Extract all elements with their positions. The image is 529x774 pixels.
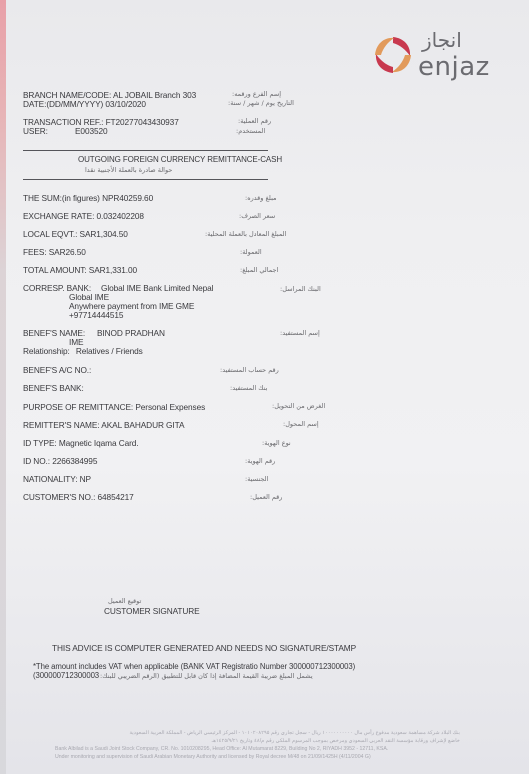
purpose-label: PURPOSE OF REMITTANCE: bbox=[23, 402, 133, 412]
total-amount-label: TOTAL AMOUNT: bbox=[23, 265, 87, 275]
footer-line-4: Under monitoring and supervision of Saud… bbox=[55, 753, 460, 761]
purpose-label-ar: الغرض من التحويل: bbox=[272, 402, 325, 410]
date-label-ar: التاريخ يوم / شهر / سنة: bbox=[228, 99, 294, 107]
purpose-value: Personal Expenses bbox=[135, 402, 205, 412]
sum-label: THE SUM:(in figures) bbox=[23, 193, 100, 203]
sum-value: NPR40259.60 bbox=[102, 193, 153, 203]
total-amount-value: SAR1,331.00 bbox=[89, 265, 137, 275]
relationship-field: Relationship: Relatives / Friends bbox=[23, 346, 143, 356]
date-label: DATE:(DD/MM/YYYY) bbox=[23, 99, 103, 109]
fees-label: FEES: bbox=[23, 247, 46, 257]
document-title: OUTGOING FOREIGN CURRENCY REMITTANCE-CAS… bbox=[78, 155, 282, 164]
title-top-rule bbox=[23, 150, 268, 151]
customer-no-label-ar: رقم العميل: bbox=[250, 493, 282, 501]
customer-no-label: CUSTOMER'S NO.: bbox=[23, 492, 95, 502]
exchange-rate-value: 0.032402208 bbox=[97, 211, 144, 221]
logo-text-arabic: انجاز bbox=[422, 28, 462, 52]
enjaz-logo-mark-icon bbox=[372, 34, 414, 76]
local-eqvt-value: SAR1,304.50 bbox=[80, 229, 128, 239]
vat-notice: *The amount includes VAT when applicable… bbox=[33, 662, 355, 671]
exchange-rate-label: EXCHANGE RATE: bbox=[23, 211, 94, 221]
paper-edge bbox=[0, 0, 6, 774]
exchange-rate-field: EXCHANGE RATE: 0.032402208 bbox=[23, 211, 144, 221]
signature-label: CUSTOMER SIGNATURE bbox=[104, 606, 200, 616]
fees-value: SAR26.50 bbox=[49, 247, 86, 257]
benef-ac-label-ar: رقم حساب المستفيد: bbox=[220, 366, 279, 374]
exchange-rate-label-ar: سعر الصرف: bbox=[239, 212, 275, 220]
id-no-label-ar: رقم الهوية: bbox=[245, 457, 275, 465]
local-eqvt-field: LOCAL EQVT.: SAR1,304.50 bbox=[23, 229, 128, 239]
transaction-ref-value: FT20277043430937 bbox=[106, 117, 179, 127]
purpose-field: PURPOSE OF REMITTANCE: Personal Expenses bbox=[23, 402, 205, 412]
nationality-label: NATIONALITY: bbox=[23, 474, 77, 484]
benef-bank-label: BENEF'S BANK: bbox=[23, 383, 84, 393]
vat-notice-ar: يشمل المبلغ ضريبة القيمة المضافة إذا كان… bbox=[100, 672, 313, 680]
id-type-field: ID TYPE: Magnetic Iqama Card. bbox=[23, 438, 138, 448]
relationship-value: Relatives / Friends bbox=[76, 346, 143, 356]
benef-name-line-1: BINOD PRADHAN bbox=[97, 328, 165, 338]
user-field: USER: bbox=[23, 126, 48, 136]
customer-no-value: 64854217 bbox=[98, 492, 134, 502]
customer-no-field: CUSTOMER'S NO.: 64854217 bbox=[23, 492, 134, 502]
remitter-label: REMITTER'S NAME: bbox=[23, 420, 100, 430]
remitter-label-ar: إسم المحول: bbox=[283, 420, 319, 428]
id-type-value: Magnetic Iqama Card. bbox=[59, 438, 139, 448]
logo-text: enjaz bbox=[418, 52, 490, 82]
fees-label-ar: العمولة: bbox=[240, 248, 262, 256]
id-no-field: ID NO.: 2266384995 bbox=[23, 456, 97, 466]
date-field: DATE:(DD/MM/YYYY) 03/10/2020 bbox=[23, 99, 146, 109]
corresp-bank-label-ar: البنك المراسل: bbox=[280, 285, 321, 293]
sum-label-ar: مبلغ وقدره: bbox=[245, 194, 277, 202]
document-title-ar: حوالة صادرة بالعملة الأجنبية نقدا bbox=[85, 166, 172, 174]
id-no-label: ID NO.: bbox=[23, 456, 50, 466]
benef-name-label-ar: إسم المستفيد: bbox=[280, 329, 320, 337]
nationality-value: NP bbox=[80, 474, 91, 484]
footer-line-3: Bank Albilad is a Saudi Joint Stock Comp… bbox=[55, 745, 460, 753]
total-amount-label-ar: اجمالي المبلغ: bbox=[240, 266, 278, 274]
branch-label-ar: إسم الفرع ورقمه: bbox=[232, 90, 281, 98]
bank-footer: بنك البلاد شركة مساهمة سعودية مدفوع رأس … bbox=[55, 729, 460, 761]
nationality-field: NATIONALITY: NP bbox=[23, 474, 91, 484]
benef-bank-label-ar: بنك المستفيد: bbox=[230, 384, 267, 392]
remitter-field: REMITTER'S NAME: AKAL BAHADUR GITA bbox=[23, 420, 184, 430]
user-label: USER: bbox=[23, 126, 48, 136]
user-label-ar: المستخدم: bbox=[236, 127, 265, 135]
local-eqvt-label-ar: المبلغ المعادل بالعملة المحلية: bbox=[205, 230, 286, 238]
nationality-label-ar: الجنسية: bbox=[245, 475, 268, 483]
date-value: 03/10/2020 bbox=[105, 99, 146, 109]
id-type-label: ID TYPE: bbox=[23, 438, 57, 448]
total-amount-field: TOTAL AMOUNT: SAR1,331.00 bbox=[23, 265, 137, 275]
computer-generated-notice: THIS ADVICE IS COMPUTER GENERATED AND NE… bbox=[52, 643, 356, 653]
user-value: E003520 bbox=[75, 126, 108, 136]
benef-ac-label: BENEF'S A/C NO.: bbox=[23, 365, 91, 375]
sum-field: THE SUM:(in figures) NPR40259.60 bbox=[23, 193, 153, 203]
id-type-label-ar: نوع الهوية: bbox=[262, 439, 291, 447]
remitter-value: AKAL BAHADUR GITA bbox=[101, 420, 184, 430]
id-no-value: 2266384995 bbox=[52, 456, 97, 466]
signature-label-ar: توقيع العميل bbox=[108, 597, 141, 605]
local-eqvt-label: LOCAL EQVT.: bbox=[23, 229, 77, 239]
title-bottom-rule bbox=[23, 179, 268, 180]
vat-notice-ar-number: (300000712300003 bbox=[33, 671, 99, 680]
footer-line-1: بنك البلاد شركة مساهمة سعودية مدفوع رأس … bbox=[55, 729, 460, 737]
transaction-ref-label-ar: رقم العملية: bbox=[238, 117, 271, 125]
enjaz-logo: انجاز enjaz bbox=[372, 28, 512, 84]
corresp-bank-line-4: +97714444515 bbox=[69, 310, 123, 320]
fees-field: FEES: SAR26.50 bbox=[23, 247, 86, 257]
relationship-label: Relationship: bbox=[23, 346, 70, 356]
footer-line-2: خاضع لإشراف ورقابة مؤسسة النقد العربي ال… bbox=[55, 737, 460, 745]
corresp-bank-line-1: Global IME Bank Limited Nepal bbox=[101, 283, 213, 293]
